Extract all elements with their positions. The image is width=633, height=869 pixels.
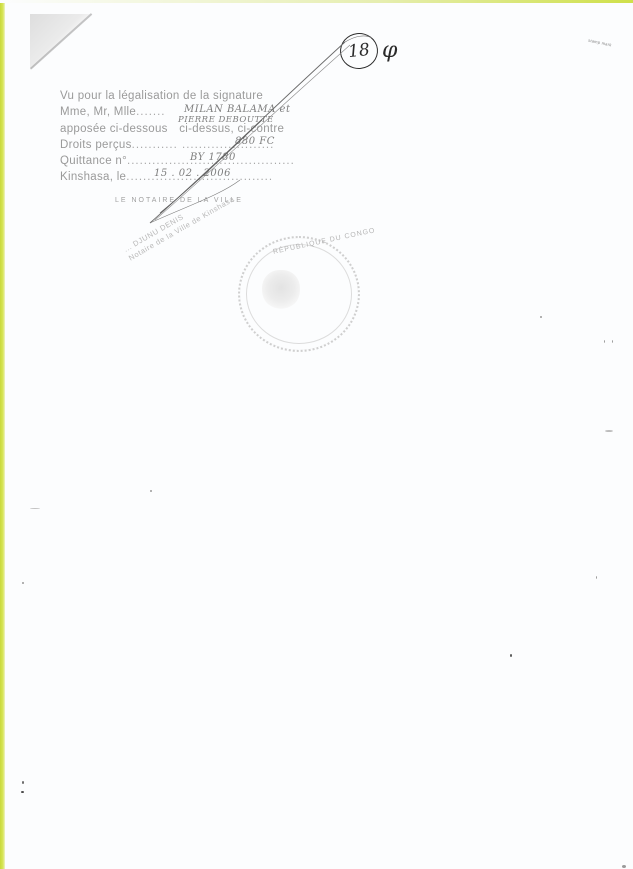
scan-speck — [22, 781, 24, 784]
scan-speck — [150, 490, 152, 492]
handwritten-receipt: BY 1780 — [190, 150, 236, 166]
handwritten-date: 15 . 02 . 2006 — [154, 166, 231, 182]
scanned-page: 18 φ stamp mark Vu pour la légalisation … — [0, 0, 633, 869]
scan-speck — [612, 340, 613, 343]
legal-label-apposee: apposée ci-dessous — [60, 123, 168, 135]
legal-label-date: Kinshasa, le — [60, 171, 126, 183]
handwritten-fees: 880 FC — [235, 134, 275, 150]
legal-label-droits: Droits perçus — [60, 139, 132, 151]
scan-speck — [510, 654, 512, 657]
handwritten-second-name: PIERRE DEBOUTTE — [178, 112, 274, 128]
handwritten-initial: φ — [382, 38, 397, 63]
scan-speck — [22, 582, 24, 584]
seal-emblem-icon — [262, 270, 300, 310]
scan-speck — [596, 576, 597, 579]
page-number-annotation: 18 — [338, 31, 380, 71]
scan-speck — [540, 316, 542, 318]
legal-line-3: apposée ci-dessous ci-dessus, ci-contre … — [60, 121, 360, 137]
legalisation-block: Vu pour la légalisation de la signature … — [60, 88, 360, 186]
scan-speck — [604, 340, 605, 343]
legal-line-6: Kinshasa, le............................… — [60, 169, 360, 185]
scan-edge-left — [0, 0, 5, 869]
scan-edge-top — [0, 0, 633, 3]
scan-speck — [622, 865, 626, 868]
top-right-mark: stamp mark — [588, 38, 612, 48]
legal-label-name: Mme, Mr, Mlle — [60, 106, 136, 118]
page-number: 18 — [347, 40, 371, 62]
legal-heading: Vu pour la légalisation de la signature — [60, 90, 263, 102]
scan-speck — [30, 508, 40, 509]
scan-speck — [21, 791, 24, 793]
legal-label-quittance: Quittance n° — [60, 155, 127, 167]
scan-speck — [605, 430, 613, 432]
notary-stamp-title: Notaire de la Ville de Kinshasa — [127, 194, 236, 263]
